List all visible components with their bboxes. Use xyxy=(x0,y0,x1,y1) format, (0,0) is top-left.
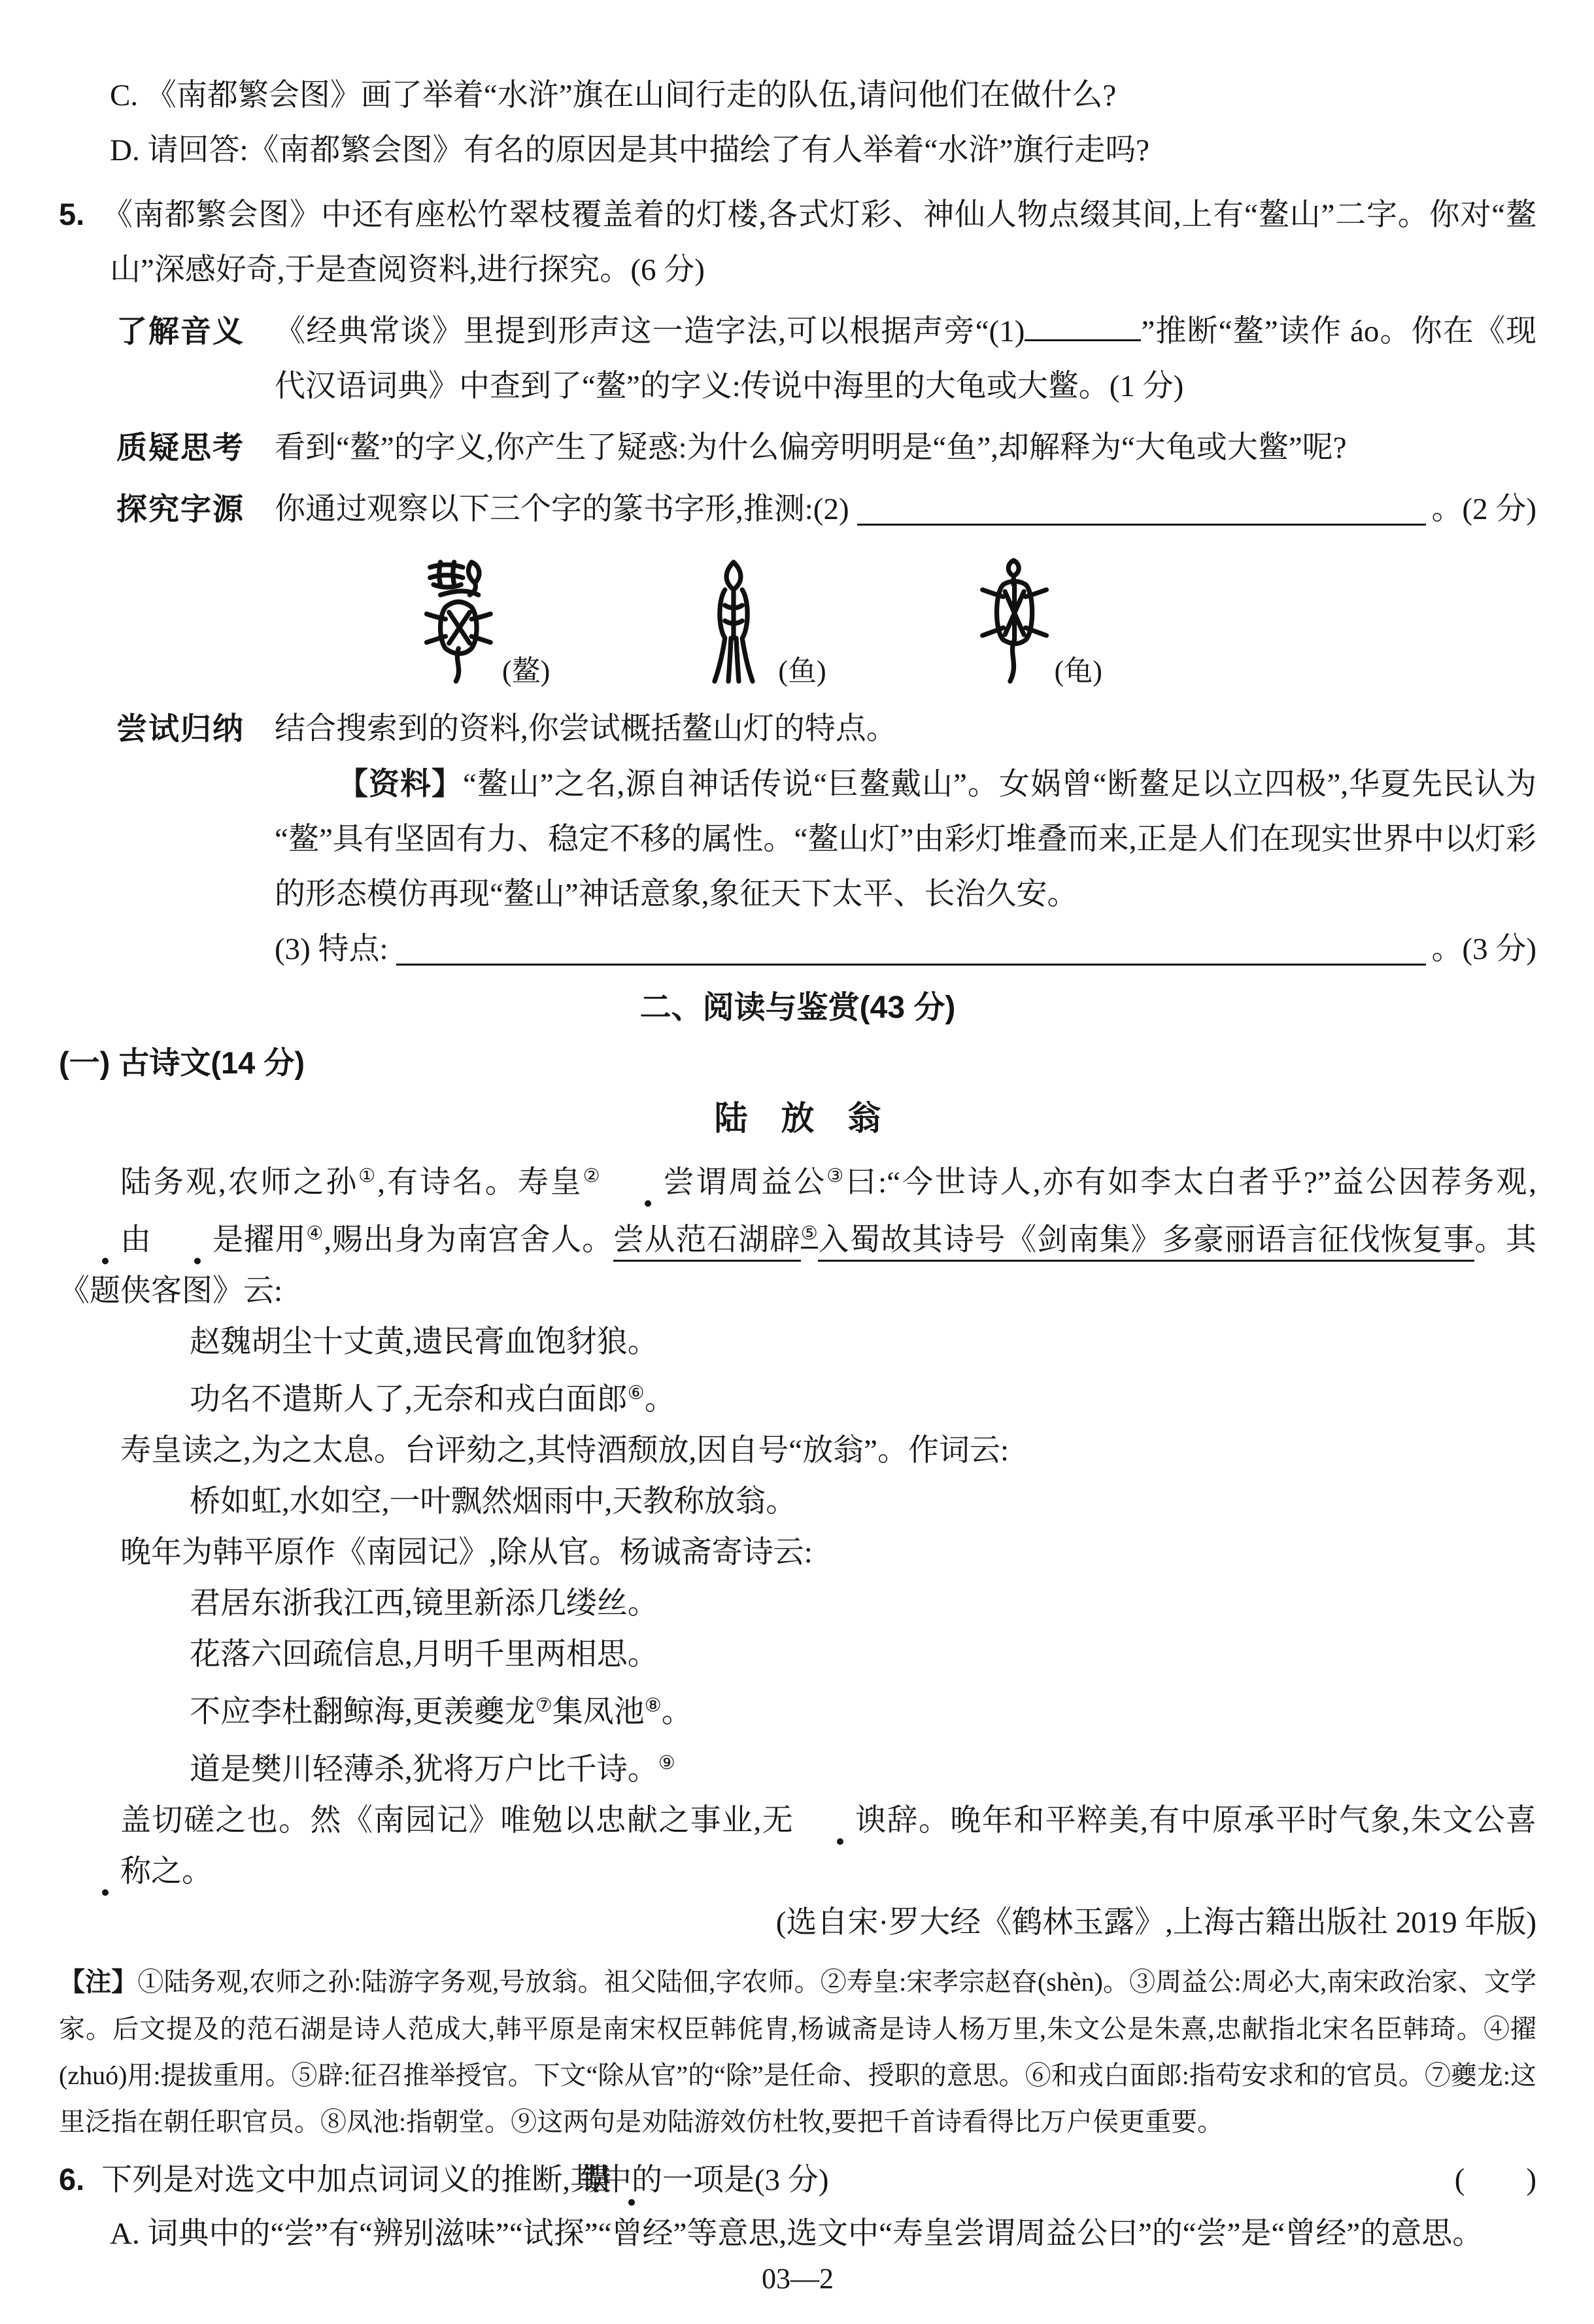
question-5-number: 5. xyxy=(59,197,84,231)
poem-line: 君居东浙我江西,镜里新添几缕丝。 xyxy=(190,1578,1536,1629)
row-questioning: 质疑思考 看到“鳌”的字义,你产生了疑惑:为什么偏旁明明是“鱼”,却解释为“大龟… xyxy=(116,420,1536,475)
seal-script-gui-icon xyxy=(967,552,1053,691)
option-d: D. 请回答:《南都繁会图》有名的原因是其中描绘了有人举着“水浒”旗行走吗? xyxy=(110,123,1536,178)
option-a: A. 词典中的“尝”有“辨别滋味”“试探”“曾经”等意思,选文中“寿皇尝谓周益公… xyxy=(110,2207,1536,2261)
row-phonetics: 了解音义 《经典常谈》里提到形声这一造字法,可以根据声旁“(1)”推断“鳌”读作… xyxy=(116,304,1536,414)
question-6-number: 6. xyxy=(59,2162,84,2197)
poem-line: 功名不遣斯人了,无奈和戎白面郎⑥。 xyxy=(190,1368,1536,1425)
row-summarize-label: 尝试归纳 xyxy=(116,701,275,977)
question-6-main: 6.下列是对选文中加点词词义的推断,其中错误的一项是(3 分) xyxy=(59,2153,1444,2207)
passage-paragraph-1: 陆务观,农师之孙①,有诗名。寿皇②尝谓周益公③曰:“今世诗人,亦有如李太白者乎?… xyxy=(59,1151,1536,1317)
seal-figure-gui: (龟) xyxy=(967,552,1102,691)
question-5: 5.《南都繁会图》中还有座松竹翠枝覆盖着的灯楼,各式灯彩、神仙人物点缀其间,上有… xyxy=(59,187,1536,297)
answer-bracket: ( ) xyxy=(1455,2153,1536,2207)
page-number: 03—2 xyxy=(59,2261,1536,2297)
question-6-text: 下列是对选文中加点词词义的推断,其中错误的一项是(3 分) xyxy=(101,2163,828,2197)
passage-paragraph-2: 寿皇读之,为之太息。台评劾之,其恃酒颓放,因自号“放翁”。作词云: xyxy=(59,1425,1536,1476)
option-c: C. 《南都繁会图》画了举着“水浒”旗在山间行走的队伍,请问他们在做什么? xyxy=(110,68,1536,123)
poem-line: 不应李杜翻鲸海,更羡夔龙⑦集凤池⑧。 xyxy=(190,1680,1536,1738)
poem-line: 赵魏胡尘十丈黄,遗民膏血饱豺狼。 xyxy=(190,1317,1536,1368)
row-questioning-label: 质疑思考 xyxy=(116,420,275,475)
row-summarize: 尝试归纳 结合搜索到的资料,你尝试概括鳌山灯的特点。 【资料】“鳌山”之名,源自… xyxy=(116,701,1536,977)
seal-label-gui: (龟) xyxy=(1055,652,1102,691)
row-etymology: 探究字源 你通过观察以下三个字的篆书字形,推测:(2) 。(2 分) xyxy=(116,482,1536,537)
seal-label-yu: (鱼) xyxy=(778,652,826,691)
question-5-text: 《南都繁会图》中还有座松竹翠枝覆盖着的灯楼,各式灯彩、神仙人物点缀其间,上有“鳌… xyxy=(101,198,1536,287)
poem-line: 花落六回疏信息,月明千里两相思。 xyxy=(190,1629,1536,1680)
row-phonetics-label: 了解音义 xyxy=(116,304,275,414)
row-etymology-content: 你通过观察以下三个字的篆书字形,推测:(2) 。(2 分) xyxy=(275,482,1536,537)
seal-figure-ao: (鳌) xyxy=(415,552,550,691)
passage-source: (选自宋·罗大经《鹤林玉露》,上海古籍出版社 2019 年版) xyxy=(59,1897,1536,1948)
exam-page: C. 《南都繁会图》画了举着“水浒”旗在山间行走的队伍,请问他们在做什么? D.… xyxy=(0,0,1594,2324)
answer-blank-2 xyxy=(857,524,1427,526)
question-6: 6.下列是对选文中加点词词义的推断,其中错误的一项是(3 分) ( ) xyxy=(59,2153,1536,2207)
seal-script-figures: (鳌) (鱼) (龟) xyxy=(59,552,1458,691)
summarize-intro: 结合搜索到的资料,你尝试概括鳌山灯的特点。 xyxy=(275,701,1536,756)
etymology-score: 。(2 分) xyxy=(1431,482,1536,537)
poem-line: 桥如虹,水如空,一叶飘然烟雨中,天教称放翁。 xyxy=(190,1476,1536,1527)
subsection-heading: (一) 古诗文(14 分) xyxy=(59,1036,1536,1090)
etymology-prompt: 你通过观察以下三个字的篆书字形,推测:(2) xyxy=(275,482,849,537)
passage-paragraph-4: 盖切磋之也。然《南园记》唯勉以忠献之事业,无谀辞。晚年和平粹美,有中原承平时气象… xyxy=(59,1795,1536,1897)
row-etymology-label: 探究字源 xyxy=(116,482,275,537)
material-paragraph: 【资料】“鳌山”之名,源自神话传说“巨鳌戴山”。女娲曾“断鳌足以立四极”,华夏先… xyxy=(275,756,1536,922)
seal-figure-yu: (鱼) xyxy=(690,552,826,691)
passage-title: 陆 放 翁 xyxy=(59,1092,1536,1147)
row-questioning-content: 看到“鳌”的字义,你产生了疑惑:为什么偏旁明明是“鱼”,却解释为“大龟或大鳖”呢… xyxy=(275,420,1536,475)
row-summarize-content: 结合搜索到的资料,你尝试概括鳌山灯的特点。 【资料】“鳌山”之名,源自神话传说“… xyxy=(275,701,1536,977)
passage-paragraph-3: 晚年为韩平原作《南园记》,除从官。杨诚斋寄诗云: xyxy=(59,1527,1536,1578)
seal-label-ao: (鳌) xyxy=(502,652,550,691)
section-2-heading: 二、阅读与鉴赏(43 分) xyxy=(59,981,1536,1036)
footnotes: 【注】①陆务观,农师之孙:陆游字务观,号放翁。祖父陆佃,字农师。②寿皇:宋孝宗赵… xyxy=(59,1959,1536,2145)
seal-script-ao-icon xyxy=(415,552,501,691)
poem-line: 道是樊川轻薄杀,犹将万户比千诗。⑨ xyxy=(190,1738,1536,1795)
seal-script-yu-icon xyxy=(690,552,777,691)
point-3-prompt: (3) 特点: xyxy=(275,922,388,977)
answer-blank-3 xyxy=(396,964,1427,966)
row-phonetics-content: 《经典常谈》里提到形声这一造字法,可以根据声旁“(1)”推断“鳌”读作 áo。你… xyxy=(275,304,1536,414)
point-3-score: 。(3 分) xyxy=(1431,922,1536,977)
